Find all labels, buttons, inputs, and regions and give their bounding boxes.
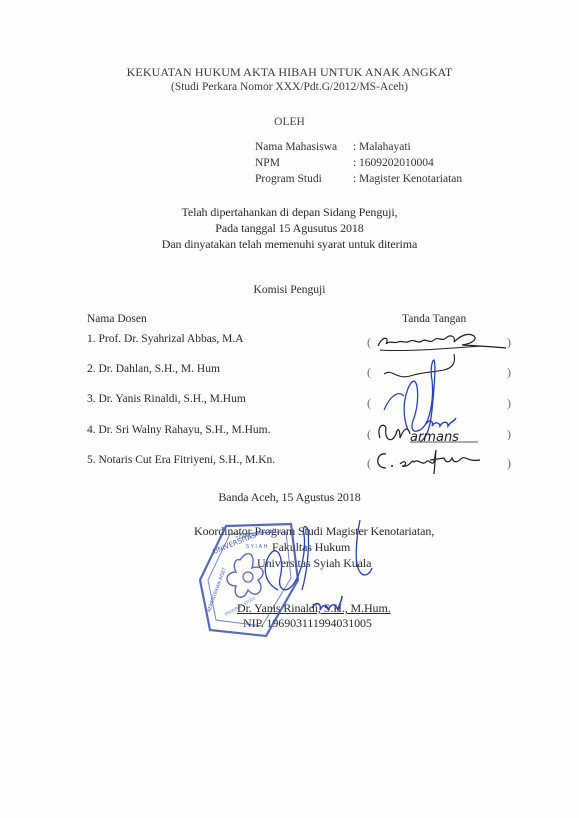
place-date: Banda Aceh, 15 Agustus 2018 xyxy=(0,490,579,505)
svg-text:armans: armans xyxy=(410,430,459,445)
examiners-sign-header: Tanda Tangan xyxy=(402,313,466,325)
committee-heading: Komisi Penguji xyxy=(0,284,579,296)
defense-line-1: Telah dipertahankan di depan Sidang Peng… xyxy=(0,205,579,220)
student-name-row: Nama Mahasiswa:Malahayati xyxy=(255,141,411,153)
examiner-4-name: 4. Dr. Sri Walny Rahayu, S.H., M.Hum. xyxy=(87,424,271,436)
examiner-5-name: 5. Notaris Cut Era Fitriyeni, S.H., M.Kn… xyxy=(87,454,275,466)
student-program-label: Program Studi xyxy=(255,173,353,185)
student-name-value: Malahayati xyxy=(359,141,411,153)
student-npm-label: NPM xyxy=(255,157,353,169)
student-program-row: Program Studi:Magister Kenotariatan xyxy=(255,173,462,185)
student-npm-value: 1609202010004 xyxy=(359,157,434,169)
examiner-2-name: 2. Dr. Dahlan, S.H., M. Hum xyxy=(87,363,220,375)
student-npm-row: NPM:1609202010004 xyxy=(255,157,434,169)
student-name-label: Nama Mahasiswa xyxy=(255,141,353,153)
document-subtitle: (Studi Perkara Nomor XXX/Pdt.G/2012/MS-A… xyxy=(0,81,579,93)
examiners-name-header: Nama Dosen xyxy=(87,313,147,325)
student-program-value: Magister Kenotariatan xyxy=(359,173,462,185)
document-title: KEKUATAN HUKUM AKTA HIBAH UNTUK ANAK ANG… xyxy=(0,65,579,80)
examiner-3-name: 3. Dr. Yanis Rinaldi, S.H., M.Hum xyxy=(87,393,246,405)
examiner-1-name: 1. Prof. Dr. Syahrizal Abbas, M.A xyxy=(87,333,244,345)
document-page: KEKUATAN HUKUM AKTA HIBAH UNTUK ANAK ANG… xyxy=(0,0,579,818)
examiner-signatures: armans xyxy=(370,330,510,480)
oleh-label: OLEH xyxy=(0,116,579,128)
defense-line-2: Pada tanggal 15 Agusutus 2018 xyxy=(0,221,579,236)
defense-line-3: Dan dinyatakan telah memenuhi syarat unt… xyxy=(0,237,579,252)
coordinator-signature xyxy=(230,520,410,620)
